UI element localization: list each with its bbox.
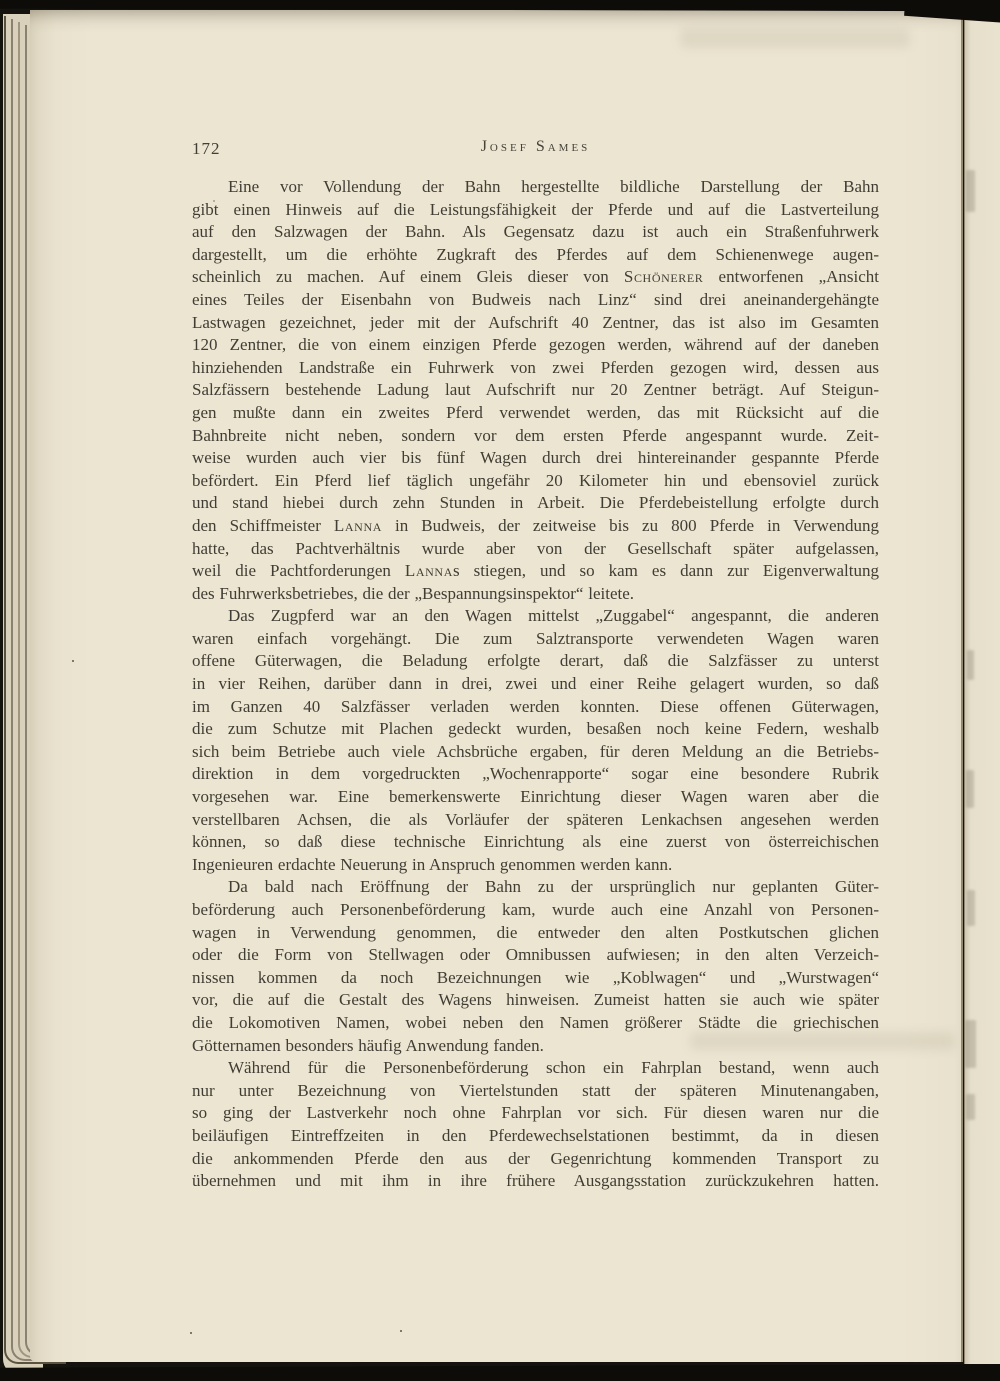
scan-background-bottom [0,1364,1000,1381]
text-line: Bahnbreite nicht neben, sondern vor dem … [192,425,879,448]
text-line: 120 Zentner, die von einem einzigen Pfer… [192,334,879,357]
text-line: in vier Reihen, darüber dann in drei, zw… [192,673,879,696]
text-line: befördert. Ein Pferd lief täglich ungefä… [192,470,879,493]
text-line: nissen kommen da noch Bezeichnungen wie … [192,967,879,990]
text-line: sich beim Betriebe auch viele Achsbrüche… [192,741,879,764]
edge-smudge [966,770,974,808]
page: 172 Josef Sames Eine vor Vollendung der … [30,10,963,1362]
text-line: die zum Schutze mit Plachen gedeckt wurd… [192,718,879,741]
text-line: so ging der Lastverkehr noch ohne Fahrpl… [192,1102,879,1125]
text-line: Da bald nach Eröffnung der Bahn zu der u… [192,876,879,899]
text-line: waren einfach vorgehängt. Die zum Salztr… [192,628,879,651]
paper-speck [400,1330,402,1332]
text-line: weil die Pachtforderungen Lannas stiegen… [192,560,879,583]
next-page-edge [964,18,1000,1364]
text-line: im Ganzen 40 Salzfässer verladen werden … [192,696,879,719]
page-number: 172 [192,139,221,159]
text-line: beförderung auch Personenbeförderung kam… [192,899,879,922]
text-line: den Schiffmeister Lanna in Budweis, der … [192,515,879,538]
edge-smudge [965,1020,976,1068]
text-line: die ankommenden Pferde den aus der Gegen… [192,1148,879,1171]
text-line: übernehmen und mit ihm in ihre frühere A… [192,1170,879,1193]
text-line: verstellbaren Achsen, die als Vorläufer … [192,809,879,832]
page-header: 172 Josef Sames [192,138,879,162]
text-line: Das Zugpferd war an den Wagen mittelst „… [192,605,879,628]
paper-speck [72,660,74,662]
text-line: gen mußte dann ein zweites Pferd verwend… [192,402,879,425]
text-line: wagen in Verwendung genommen, die entwed… [192,922,879,945]
text-line: vor, die auf die Gestalt des Wagens hinw… [192,989,879,1012]
edge-smudge [966,170,975,212]
edge-smudge [967,650,974,680]
edge-smudge [967,890,975,926]
text-line: hatte, das Pachtverhältnis wurde aber vo… [192,538,879,561]
text-line: und stand hiebei durch zehn Stunden in A… [192,492,879,515]
bleed-through [680,28,910,48]
text-line: scheinlich zu machen. Auf einem Gleis di… [192,266,879,289]
text-line: oder die Form von Stellwagen oder Omnibu… [192,944,879,967]
text-line: direktion in dem vorgedruckten „Wochenra… [192,763,879,786]
edge-smudge [966,1094,975,1120]
text-line: offene Güterwagen, die Beladung erfolgte… [192,650,879,673]
text-line: auf den Salzwagen der Bahn. Als Gegensat… [192,221,879,244]
text-line: eines Teiles der Eisenbahn von Budweis n… [192,289,879,312]
text-line: Eine vor Vollendung der Bahn hergestellt… [192,176,879,199]
text-line: des Fuhrwerksbetriebes, die der „Bespann… [192,583,879,606]
text-line: Während für die Personenbeförderung scho… [192,1057,879,1080]
text-line: vorgesehen war. Eine bemerkenswerte Einr… [192,786,879,809]
book-scan: 172 Josef Sames Eine vor Vollendung der … [0,0,1000,1381]
paper-speck [190,1332,192,1334]
text-line: hinziehenden Landstraße ein Fuhrwerk von… [192,357,879,380]
text-line: dargestellt, um die erhöhte Zugkraft des… [192,244,879,267]
text-line: beiläufigen Eintreffzeiten in den Pferde… [192,1125,879,1148]
text-line: gibt einen Hinweis auf die Leistungsfähi… [192,199,879,222]
text-line: nur unter Bezeichnung von Viertelstunden… [192,1080,879,1103]
paper-speck [213,200,215,202]
text-line: weise wurden auch vier bis fünf Wagen du… [192,447,879,470]
text-line: können, so daß diese technische Einricht… [192,831,879,854]
text-line: Ingenieuren erdachte Neuerung in Anspruc… [192,854,879,877]
running-head: Josef Sames [192,138,879,156]
text-line: Salzfässern bestehende Ladung laut Aufsc… [192,379,879,402]
bleed-through [690,1032,955,1050]
text-line: Lastwagen gezeichnet, jeder mit der Aufs… [192,312,879,335]
